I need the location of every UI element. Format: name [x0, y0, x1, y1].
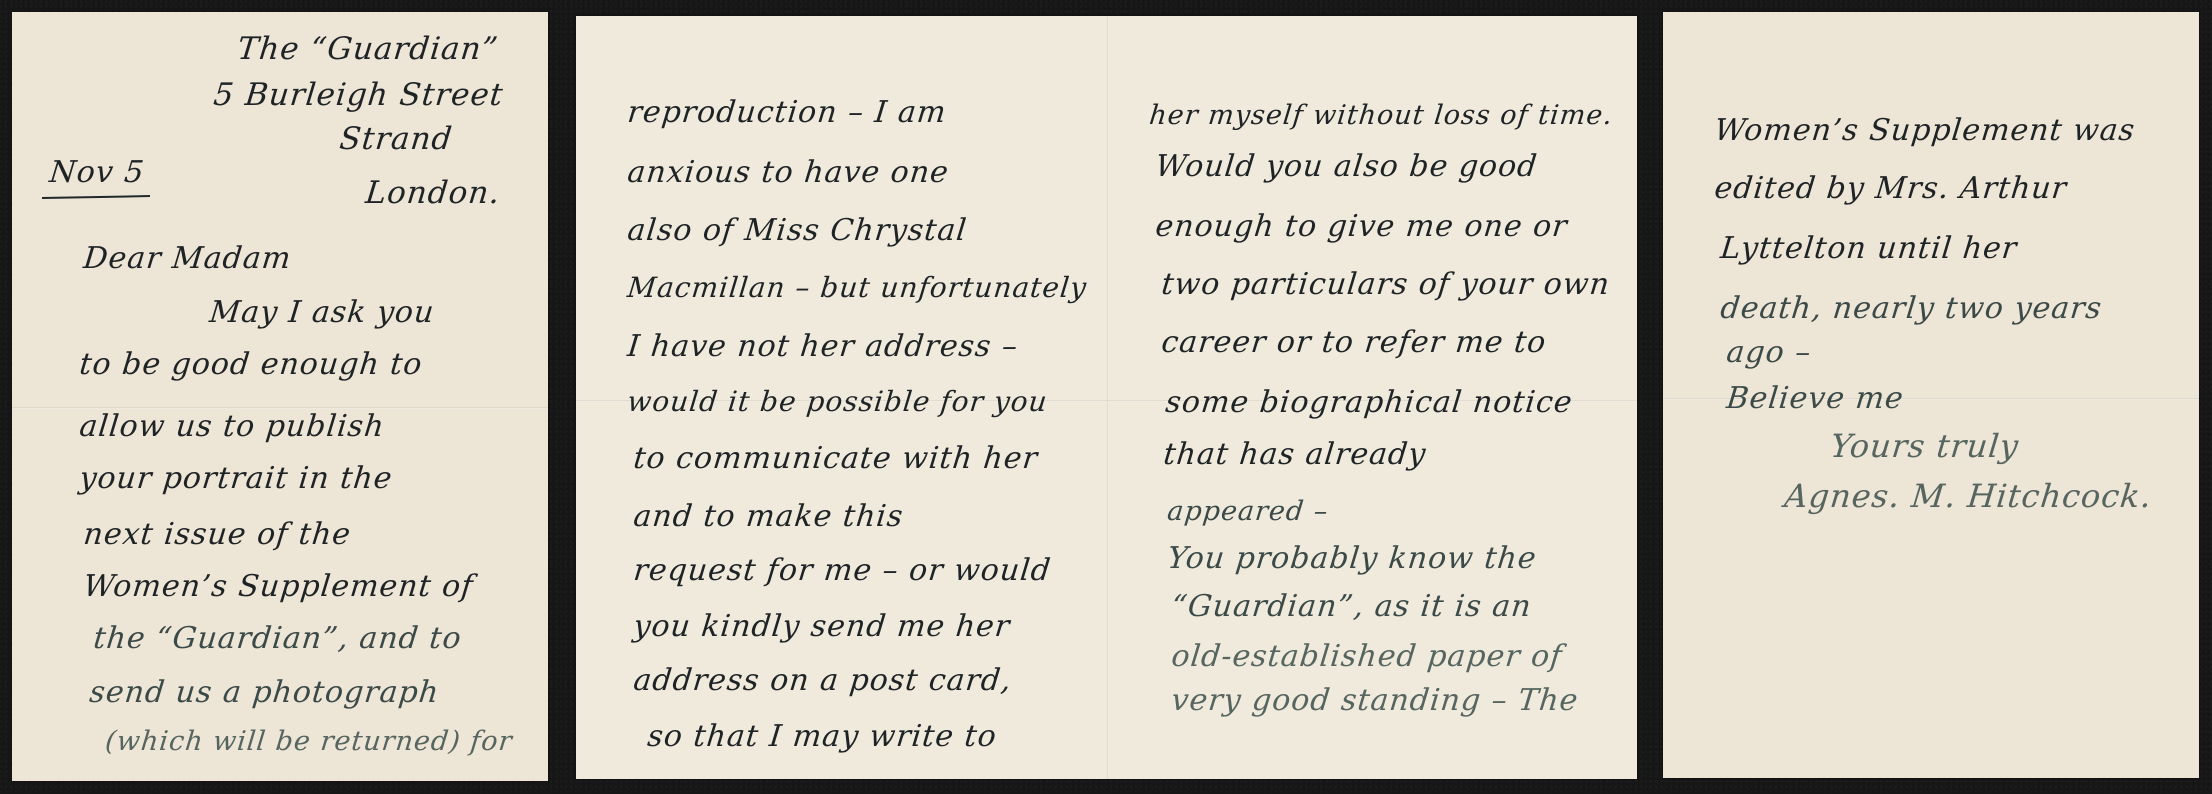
body-line: request for me – or would — [632, 556, 1053, 586]
body-line: send us a photograph — [88, 678, 441, 708]
body-line: I have not her address – — [626, 332, 1020, 362]
body-line: Women’s Supplement was — [1713, 116, 2137, 146]
body-line: Macmillan – but unfortunately — [626, 274, 1088, 302]
body-line: very good standing – The — [1170, 686, 1580, 716]
body-line: (which will be returned) for — [104, 728, 514, 755]
body-line: reproduction – I am — [626, 98, 948, 128]
salutation: Dear Madam — [82, 244, 293, 274]
body-line: enough to give me one or — [1154, 212, 1569, 242]
body-line: old-established paper of — [1170, 642, 1564, 672]
date-underline — [42, 195, 150, 199]
body-line: your portrait in the — [78, 464, 394, 494]
body-line: that has already — [1162, 440, 1428, 470]
body-line: next issue of the — [82, 520, 353, 550]
letterhead-line: Strand — [338, 124, 454, 155]
body-line: two particulars of your own — [1160, 270, 1611, 300]
letter-date: Nov 5 — [48, 158, 146, 188]
body-line: Women’s Supplement of — [82, 572, 475, 602]
body-line: appeared – — [1166, 498, 1330, 525]
letter-closing: Believe me — [1725, 384, 1905, 414]
body-line: “Guardian”, as it is an — [1170, 592, 1533, 622]
letterhead-line: 5 Burleigh Street — [212, 80, 505, 111]
body-line: May I ask you — [208, 298, 436, 328]
body-line: and to make this — [632, 502, 905, 532]
letterhead-line: The “Guardian” — [236, 34, 500, 65]
body-line: address on a post card, — [632, 666, 1013, 696]
letter-spread-pages-2-3: reproduction – I am anxious to have one … — [576, 16, 1637, 779]
body-line: Would you also be good — [1154, 152, 1539, 182]
letter-page-1: The “Guardian” 5 Burleigh Street Strand … — [12, 12, 548, 781]
body-line: Lyttelton until her — [1719, 234, 2019, 264]
body-line: so that I may write to — [646, 722, 998, 752]
letter-page-4: Women’s Supplement was edited by Mrs. Ar… — [1663, 12, 2199, 778]
page-gutter-fold — [1107, 16, 1109, 779]
body-line: You probably know the — [1166, 544, 1538, 574]
body-line: ago – — [1725, 338, 1813, 368]
body-line: edited by Mrs. Arthur — [1713, 174, 2069, 204]
letterhead-line: London. — [364, 178, 502, 209]
body-line: allow us to publish — [78, 412, 386, 442]
body-line: her myself without loss of time. — [1148, 102, 1614, 129]
body-line: death, nearly two years — [1719, 294, 2103, 324]
body-line: would it be possible for you — [626, 388, 1049, 416]
body-line: to be good enough to — [78, 350, 424, 380]
body-line: also of Miss Chrystal — [626, 216, 968, 246]
body-line: to communicate with her — [632, 444, 1039, 474]
letter-valediction: Yours truly — [1829, 430, 2021, 462]
body-line: some biographical notice — [1164, 388, 1574, 418]
body-line: you kindly send me her — [632, 612, 1012, 642]
body-line: career or to refer me to — [1160, 328, 1548, 358]
body-line: anxious to have one — [626, 158, 950, 188]
letter-signature: Agnes. M. Hitchcock. — [1783, 480, 2154, 512]
body-line: the “Guardian”, and to — [92, 624, 463, 654]
